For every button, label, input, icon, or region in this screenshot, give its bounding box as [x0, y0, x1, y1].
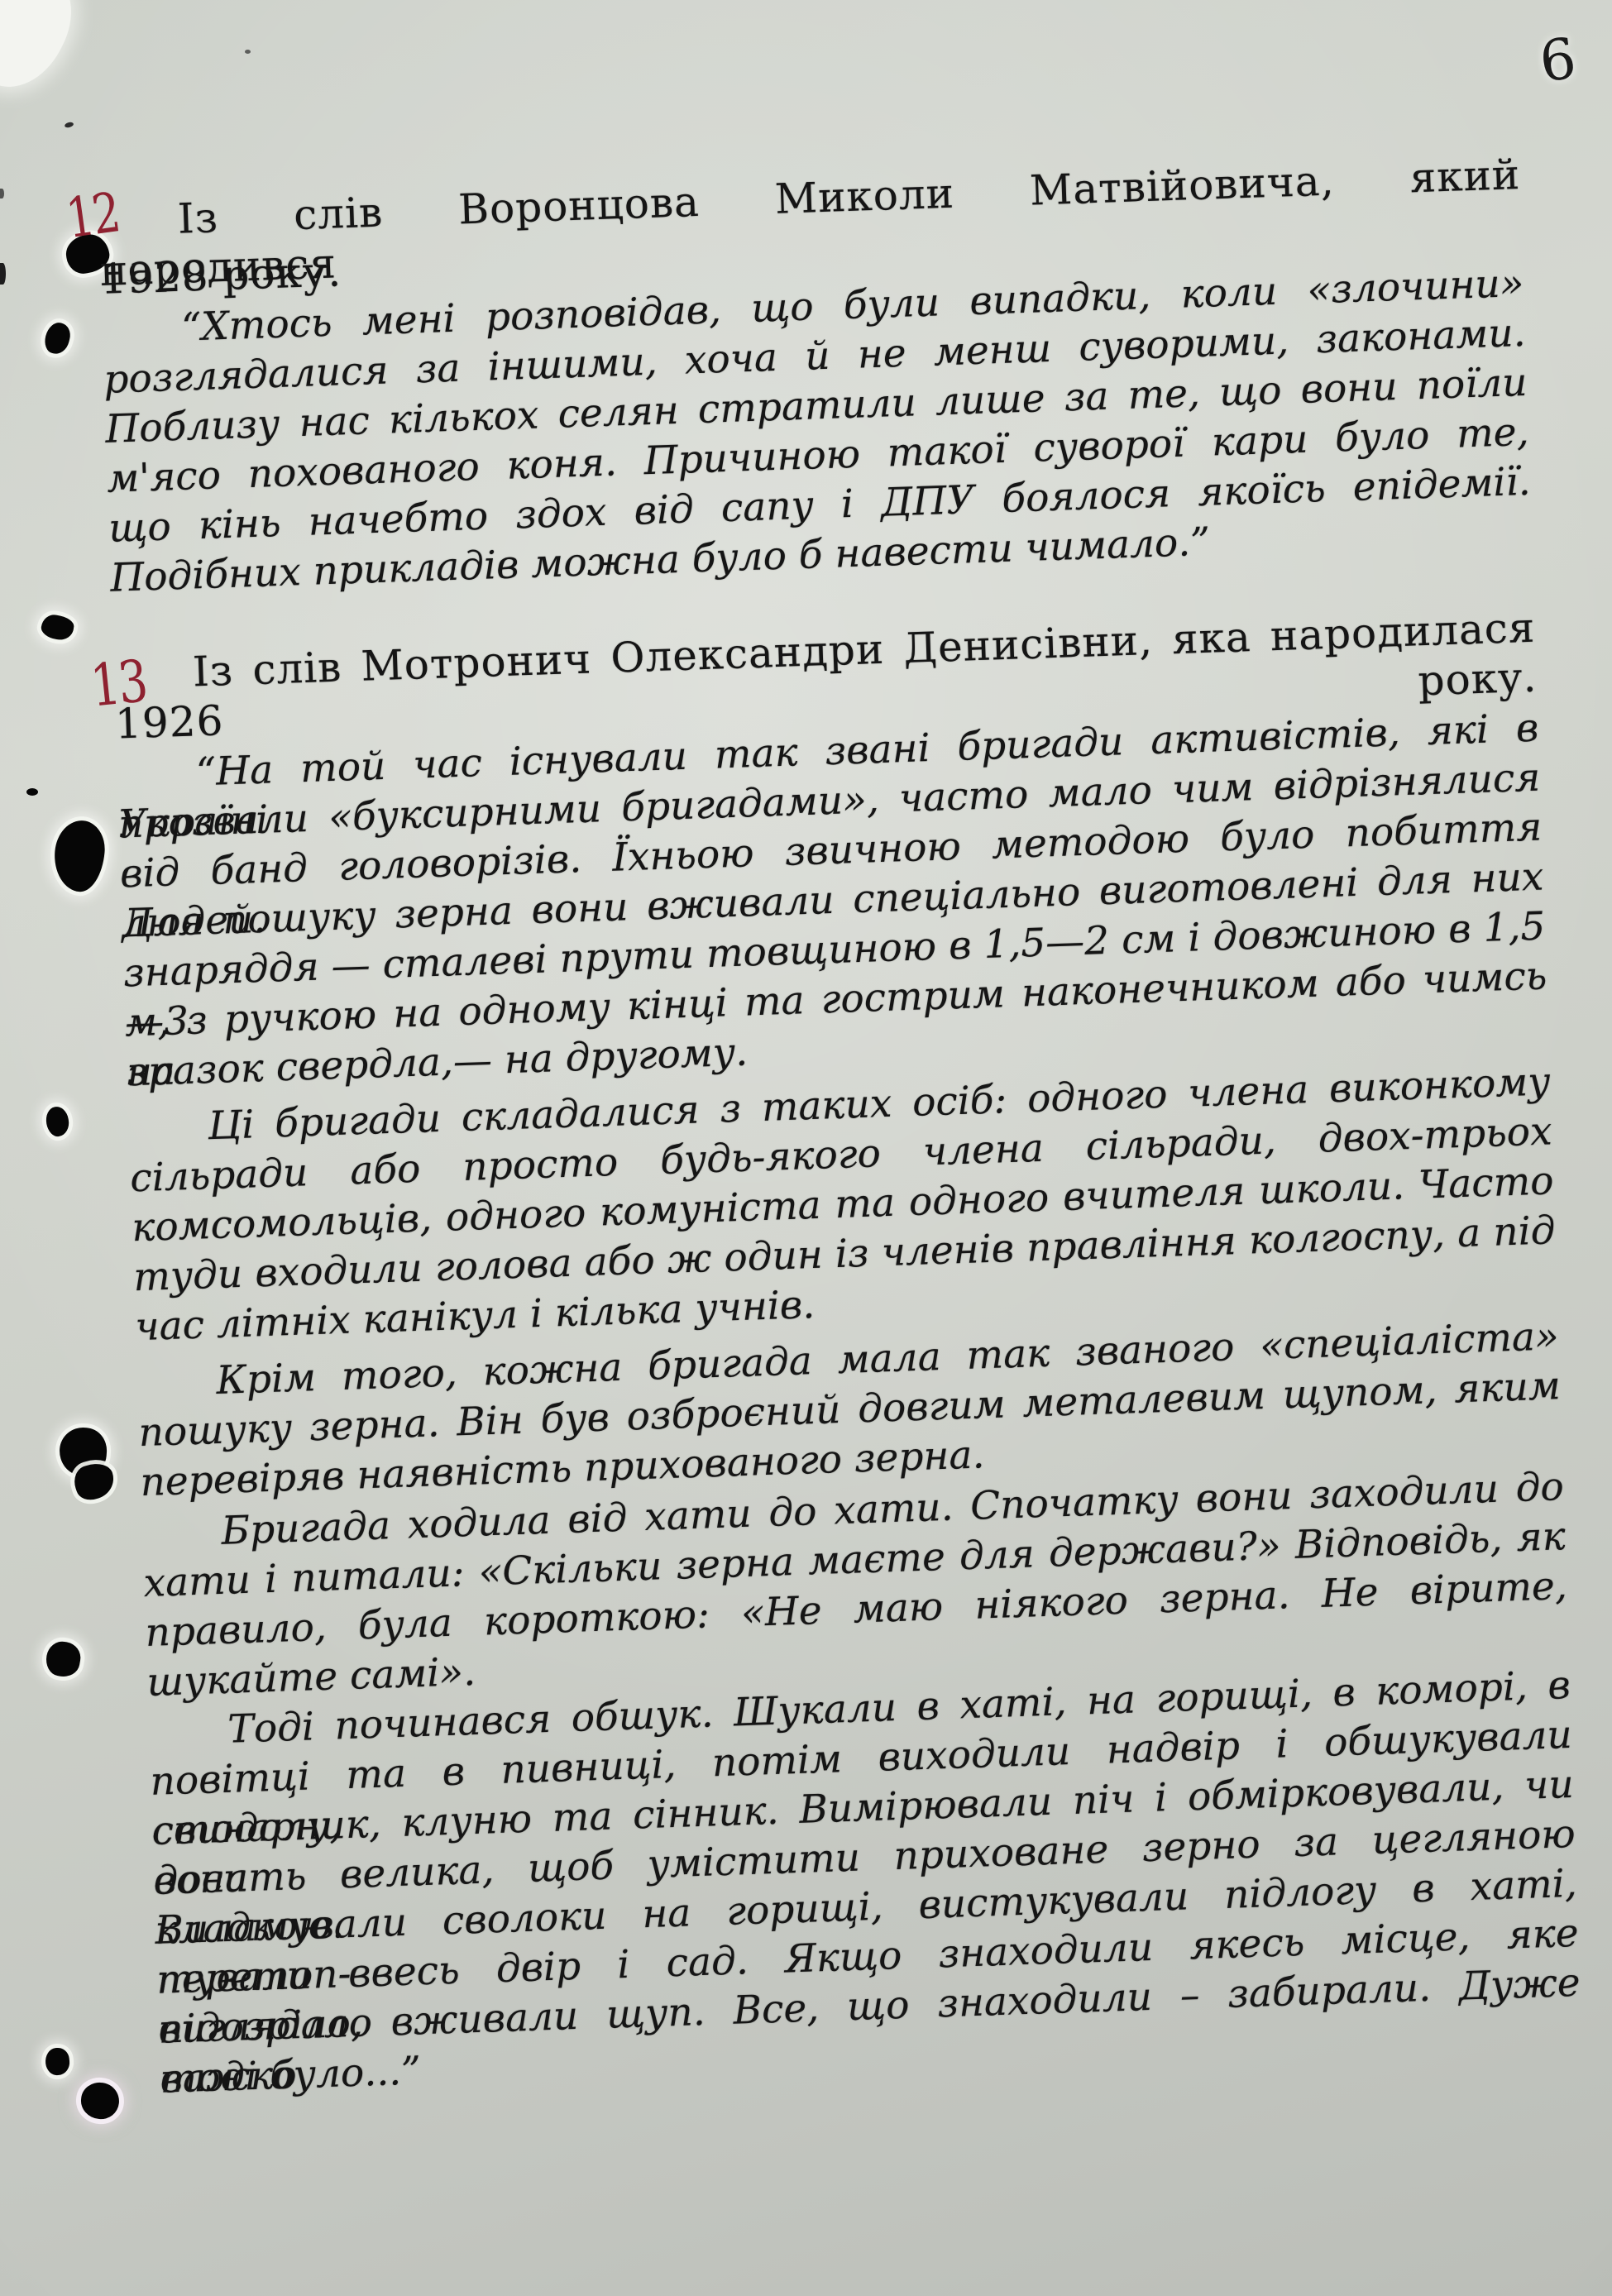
ink-blot [79, 2081, 121, 2121]
ink-blot [44, 1105, 71, 1138]
speck [64, 122, 74, 129]
ink-blot [40, 613, 75, 641]
heading-line: Із слів Мотронич Олександри Денисівни, я… [112, 603, 1536, 700]
section-13-heading: Із слів Мотронич Олександри Денисівни, я… [112, 603, 1536, 700]
paper-corner-highlight [0, 0, 90, 103]
quote-paragraph: “На той час існували так звані бригади а… [116, 704, 1549, 1098]
ink-blot [42, 320, 73, 356]
scanned-document-page: 6 12 13 Із слів Воронцова Миколи Матвійо… [0, 0, 1612, 2296]
handwritten-page-number: 6 [1536, 26, 1580, 96]
ink-blot [26, 788, 38, 796]
ink-blot [44, 1639, 84, 1679]
speck [245, 50, 251, 54]
ink-blot [44, 2047, 70, 2077]
edge-mark [0, 263, 6, 285]
quote-paragraph: Ці бригади складалися з таких осіб: одно… [127, 1057, 1557, 1352]
quote-paragraph: “Хтось мені розповідав, що були випадки,… [101, 259, 1533, 604]
ink-blot [51, 819, 107, 894]
document-content: 12 13 Із слів Воронцова Миколи Матвійови… [98, 150, 1583, 2105]
edge-mark [0, 189, 4, 199]
margin-number-13: 13 [88, 647, 150, 720]
margin-number-12: 12 [63, 180, 122, 251]
quote-paragraph: Тоді починався обшук. Шукали в хаті, на … [148, 1661, 1583, 2105]
